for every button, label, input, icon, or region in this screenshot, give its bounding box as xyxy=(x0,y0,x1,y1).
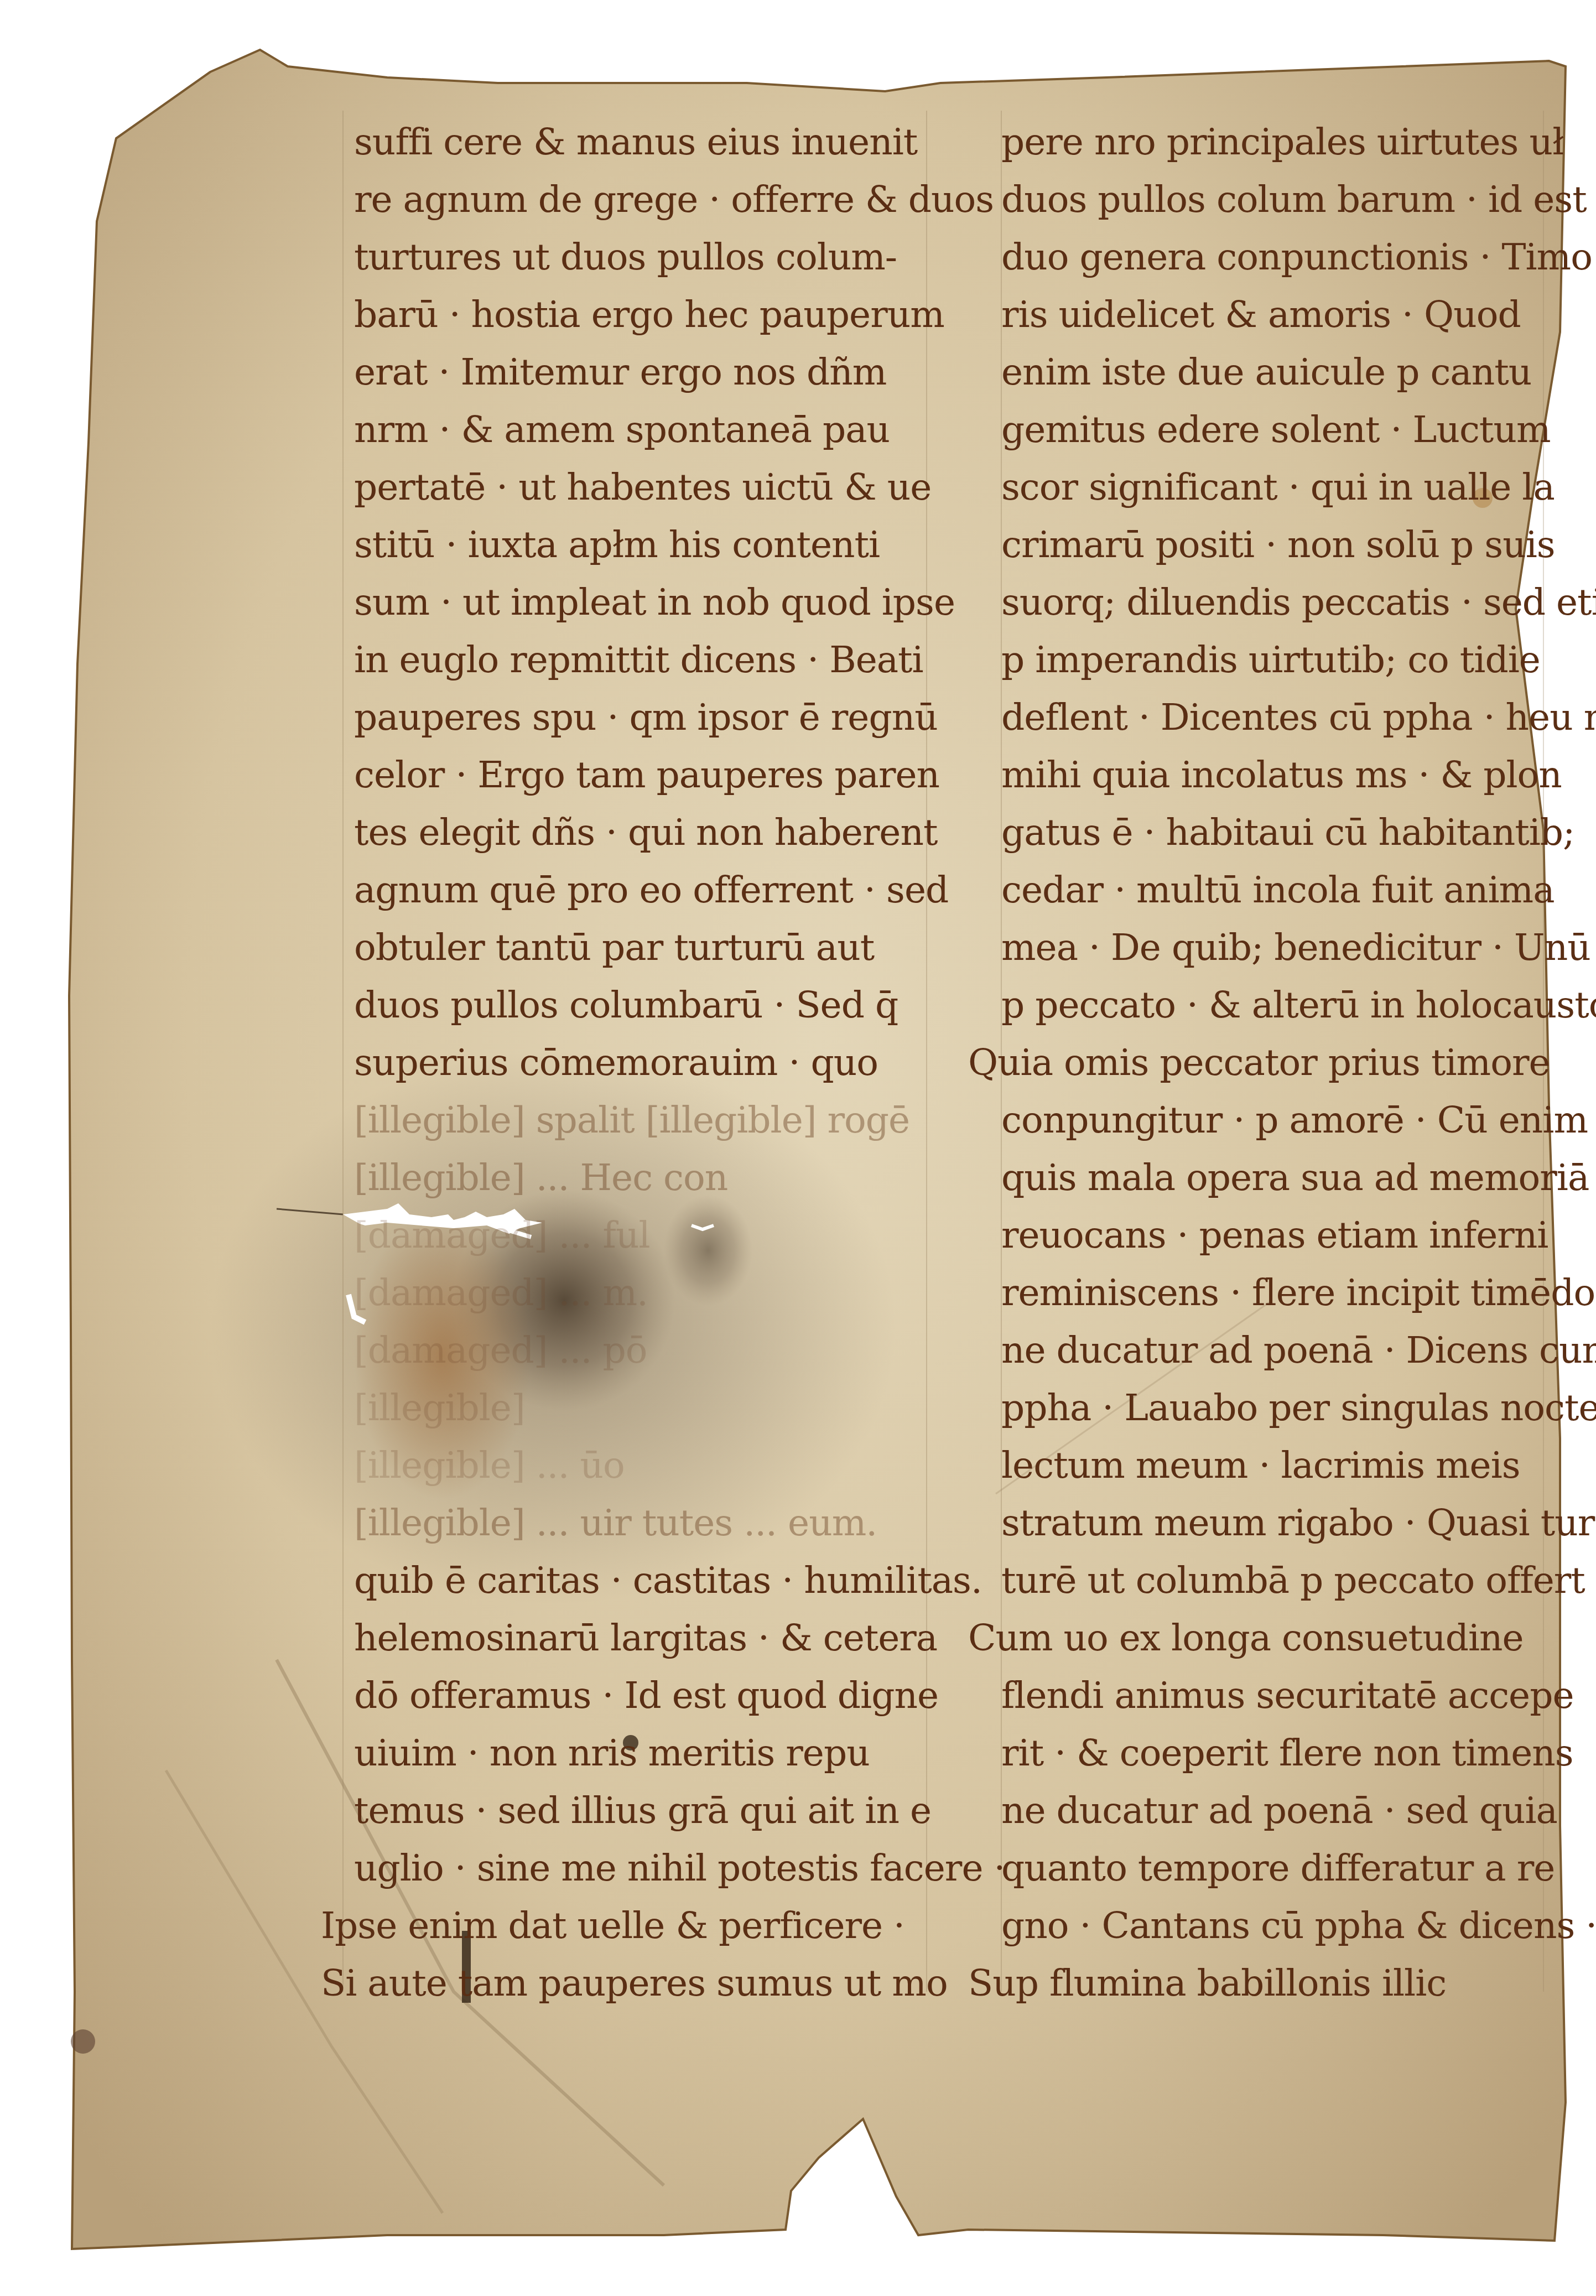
text-line: conpungitur · p amorē · Cū enim xyxy=(1001,1092,1543,1149)
text-line: ris uidelicet & amoris · Quod xyxy=(1001,286,1543,344)
text-line: dō offeramus · Id est quod digne xyxy=(354,1667,918,1724)
text-line: cedar · multū incola fuit anima xyxy=(1001,861,1543,919)
text-line: sum · ut impleat in nob quod ipse xyxy=(354,574,918,631)
text-line: quib ē caritas · castitas · humilitas. xyxy=(354,1552,918,1609)
text-line: superius cōmemorauim · quo xyxy=(354,1034,918,1092)
text-line: rit · & coeperit flere non timens xyxy=(1001,1724,1543,1782)
text-line: deflent · Dicentes cū ppha · heu m xyxy=(1001,689,1543,746)
text-line-damaged: [damaged] ... pō xyxy=(354,1322,918,1379)
text-line: scor significant · qui in ualle la xyxy=(1001,459,1543,516)
text-line: stratum meum rigabo · Quasi tur xyxy=(1001,1494,1543,1552)
text-line: agnum quē pro eo offerrent · sed xyxy=(354,861,918,919)
manuscript-leaf: suffi cere & manus eius inuenit re agnum… xyxy=(0,0,1596,2296)
text-line: stitū · iuxta apłm his contenti xyxy=(354,516,918,574)
text-line: pertatē · ut habentes uictū & ue xyxy=(354,459,918,516)
text-line: Ipse enim dat uelle & perficere · xyxy=(321,1897,918,1955)
text-line: nrm · & amem spontaneā pau xyxy=(354,401,918,459)
text-line: duos pullos columbarū · Sed q̄ xyxy=(354,976,918,1034)
text-line: p imperandis uirtutib; co tidie xyxy=(1001,631,1543,689)
text-line: reminiscens · flere incipit timēdo xyxy=(1001,1264,1543,1322)
text-line: ppha · Lauabo per singulas noctes xyxy=(1001,1379,1543,1437)
text-line: lectum meum · lacrimis meis xyxy=(1001,1437,1543,1494)
text-line-damaged: [damaged] ... ful xyxy=(354,1207,918,1264)
text-line: uglio · sine me nihil potestis facere · xyxy=(354,1840,918,1897)
text-line: turē ut columbā p peccato offert · xyxy=(1001,1552,1543,1609)
text-line: quis mala opera sua ad memoriā xyxy=(1001,1149,1543,1207)
text-line: duos pullos colum barum · id est xyxy=(1001,171,1543,228)
text-line: flendi animus securitatē accepe xyxy=(1001,1667,1543,1724)
right-column: pere nro principales uirtutes uł duos pu… xyxy=(1001,113,1543,2012)
text-line: barū · hostia ergo hec pauperum xyxy=(354,286,918,344)
text-line-damaged: [damaged] ... m. xyxy=(354,1264,918,1322)
text-line: re agnum de grege · offerre & duos xyxy=(354,171,918,228)
text-line: tes elegit dñs · qui non haberent xyxy=(354,804,918,861)
text-line: mea · De quib; benedicitur · Unū xyxy=(1001,919,1543,976)
text-line: quanto tempore differatur a re xyxy=(1001,1840,1543,1897)
text-line: ne ducatur ad poenā · sed quia xyxy=(1001,1782,1543,1840)
text-line: reuocans · penas etiam inferni xyxy=(1001,1207,1543,1264)
text-line-initial: Cum uo ex longa consuetudine xyxy=(968,1609,1543,1667)
text-line-damaged: [illegible] xyxy=(354,1379,918,1437)
text-line: in euglo repmittit dicens · Beati xyxy=(354,631,918,689)
left-column: suffi cere & manus eius inuenit re agnum… xyxy=(354,113,918,2012)
text-line: duo genera conpunctionis · Timo xyxy=(1001,228,1543,286)
text-line-faded: [illegible] ... uir tutes ... eum. xyxy=(354,1494,918,1552)
text-line: helemosinarū largitas · & cetera xyxy=(354,1609,918,1667)
text-line: crimarū positi · non solū p suis xyxy=(1001,516,1543,574)
text-line: mihi quia incolatus ms · & plon xyxy=(1001,746,1543,804)
text-line-initial: Sup flumina babillonis illic xyxy=(968,1955,1543,2012)
text-line: turtures ut duos pullos colum- xyxy=(354,228,918,286)
text-line: p peccato · & alterū in holocausto · xyxy=(1001,976,1543,1034)
text-line-initial: Quia omis peccator prius timore xyxy=(968,1034,1543,1092)
text-line: gatus ē · habitaui cū habitantib; xyxy=(1001,804,1543,861)
text-line-faded: [illegible] ... Hec con xyxy=(354,1149,918,1207)
text-line: celor · Ergo tam pauperes paren xyxy=(354,746,918,804)
text-line: erat · Imitemur ergo nos dñm xyxy=(354,344,918,401)
text-line: ne ducatur ad poenā · Dicens cum xyxy=(1001,1322,1543,1379)
text-line-damaged: [illegible] ... ūo xyxy=(354,1437,918,1494)
text-line: pere nro principales uirtutes uł xyxy=(1001,113,1543,171)
text-line: obtuler tantū par turturū aut xyxy=(354,919,918,976)
text-line: pauperes spu · qm ipsor ē regnū xyxy=(354,689,918,746)
text-line: uiuim · non nris meritis repu xyxy=(354,1724,918,1782)
text-line: temus · sed illius grā qui ait in e xyxy=(354,1782,918,1840)
text-line: gemitus edere solent · Luctum xyxy=(1001,401,1543,459)
text-line: enim iste due auicule p cantu xyxy=(1001,344,1543,401)
text-line: Si aute tam pauperes sumus ut mo xyxy=(321,1955,918,2012)
text-line: gno · Cantans cū ppha & dicens · xyxy=(1001,1897,1543,1955)
text-line: suorq; diluendis peccatis · sed etiā xyxy=(1001,574,1543,631)
text-line-faded: [illegible] spalit [illegible] rogē xyxy=(354,1092,918,1149)
text-line: suffi cere & manus eius inuenit xyxy=(354,113,918,171)
